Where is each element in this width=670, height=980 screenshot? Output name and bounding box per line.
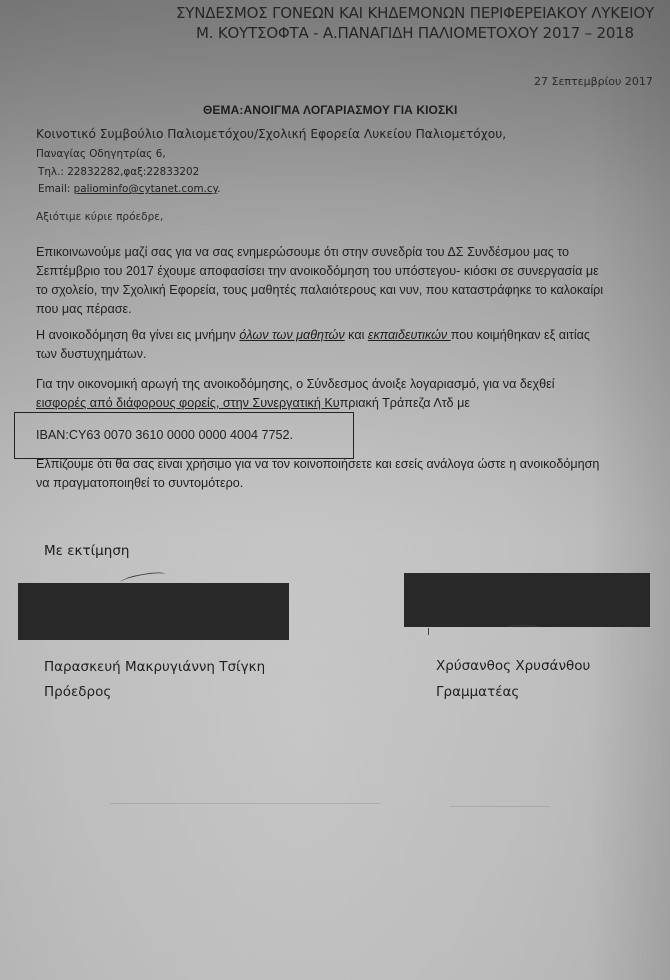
email-label: Email: (38, 183, 74, 195)
letterhead-line-1: ΣΥΝΔΕΣΜΟΣ ΓΟΝΕΩΝ ΚΑΙ ΚΗΔΕΜΟΝΩΝ ΠΕΡΙΦΕΡΕΙ… (176, 4, 654, 22)
letter-subject: ΘΕΜΑ:ΑΝΟΙΓΜΑ ΛΟΓΑΡΙΑΣΜΟΥ ΓΙΑ ΚΙΟΣΚΙ (203, 103, 457, 117)
salutation: Αξιότιμε κύριε πρόεδρε, (36, 211, 163, 223)
president-name: Παρασκευή Μακρυγιάννη Τσίγκη (44, 659, 265, 675)
letter-date: 27 Σεπτεμβρίου 2017 (534, 75, 653, 88)
signature-stroke (505, 625, 541, 630)
recipient-street: Παναγίας Οδηγητρίας 6, (36, 148, 166, 160)
paragraph-3-line: εισφορές από διάφορους φορείς, στην Συνε… (36, 394, 555, 413)
recipient-phone-fax: Τηλ.: 22832282,φαξ:22833202 (38, 166, 199, 178)
secretary-name: Χρύσανθος Χρυσάνθου (436, 658, 590, 674)
p3-text: πριακή Τράπεζα Λτδ με (340, 396, 470, 410)
paragraph-1-line: που μας πέρασε. (36, 300, 603, 319)
iban-number: IBAN:CY63 0070 3610 0000 0000 4004 7752. (36, 428, 293, 442)
email-suffix: . (217, 183, 220, 195)
p2-text: Η ανοικοδόμηση θα γίνει εις μνήμην (36, 328, 239, 342)
paragraph-2-line: Η ανοικοδόμηση θα γίνει εις μνήμην όλων … (36, 326, 590, 345)
paragraph-2: Η ανοικοδόμηση θα γίνει εις μνήμην όλων … (36, 326, 590, 364)
p3-underlined-text: εισφορές από διάφορους φορείς, στην Συνε… (36, 396, 340, 410)
paper-fold-line (110, 803, 380, 804)
paragraph-4: Ελπίζουμε ότι θα σας είναι χρήσιμο για ν… (36, 455, 599, 493)
closing-phrase: Με εκτίμηση (44, 543, 129, 559)
signature-mark (428, 628, 429, 635)
paragraph-1-line: το σχολείο, την Σχολική Εφορεία, τους μα… (36, 281, 603, 300)
paper-fold-line (450, 806, 550, 807)
recipient-name: Κοινοτικό Συμβούλιο Παλιομετόχου/Σχολική… (36, 127, 506, 141)
paragraph-1-line: Επικοινωνούμε μαζί σας για να σας ενημερ… (36, 243, 603, 262)
paragraph-1-line: Σεπτέμβριο του 2017 έχουμε αποφασίσει τη… (36, 262, 603, 281)
recipient-email-line: Email: paliominfo@cytanet.com.cy. (38, 183, 221, 195)
secretary-role: Γραμματέας (436, 684, 519, 700)
p2-text: που κοιμήθηκαν εξ αιτίας (451, 328, 590, 342)
paragraph-1: Επικοινωνούμε μαζί σας για να σας ενημερ… (36, 243, 603, 319)
paragraph-4-line: Ελπίζουμε ότι θα σας είναι χρήσιμο για ν… (36, 455, 599, 474)
president-role: Πρόεδρος (44, 684, 111, 700)
paragraph-3: Για την οικονομική αρωγή της ανοικοδόμησ… (36, 375, 555, 413)
redacted-signature-president (18, 583, 289, 640)
redacted-signature-secretary (404, 573, 650, 627)
email-link[interactable]: paliominfo@cytanet.com.cy (74, 183, 218, 195)
letterhead-line-2: Μ. ΚΟΥΤΣΟΦΤΑ - Α.ΠΑΝΑΓΙΔΗ ΠΑΛΙΟΜΕΤΟΧΟΥ 2… (196, 24, 634, 42)
paragraph-4-line: να πραγματοποιηθεί το συντομότερο. (36, 474, 599, 493)
p2-text: και (345, 328, 368, 342)
paragraph-3-line: Για την οικονομική αρωγή της ανοικοδόμησ… (36, 375, 555, 394)
p2-emphasis-students: όλων των μαθητών (239, 328, 344, 342)
paragraph-2-line: των δυστυχημάτων. (36, 345, 590, 364)
p2-emphasis-teachers: εκπαιδευτικών (368, 328, 451, 342)
